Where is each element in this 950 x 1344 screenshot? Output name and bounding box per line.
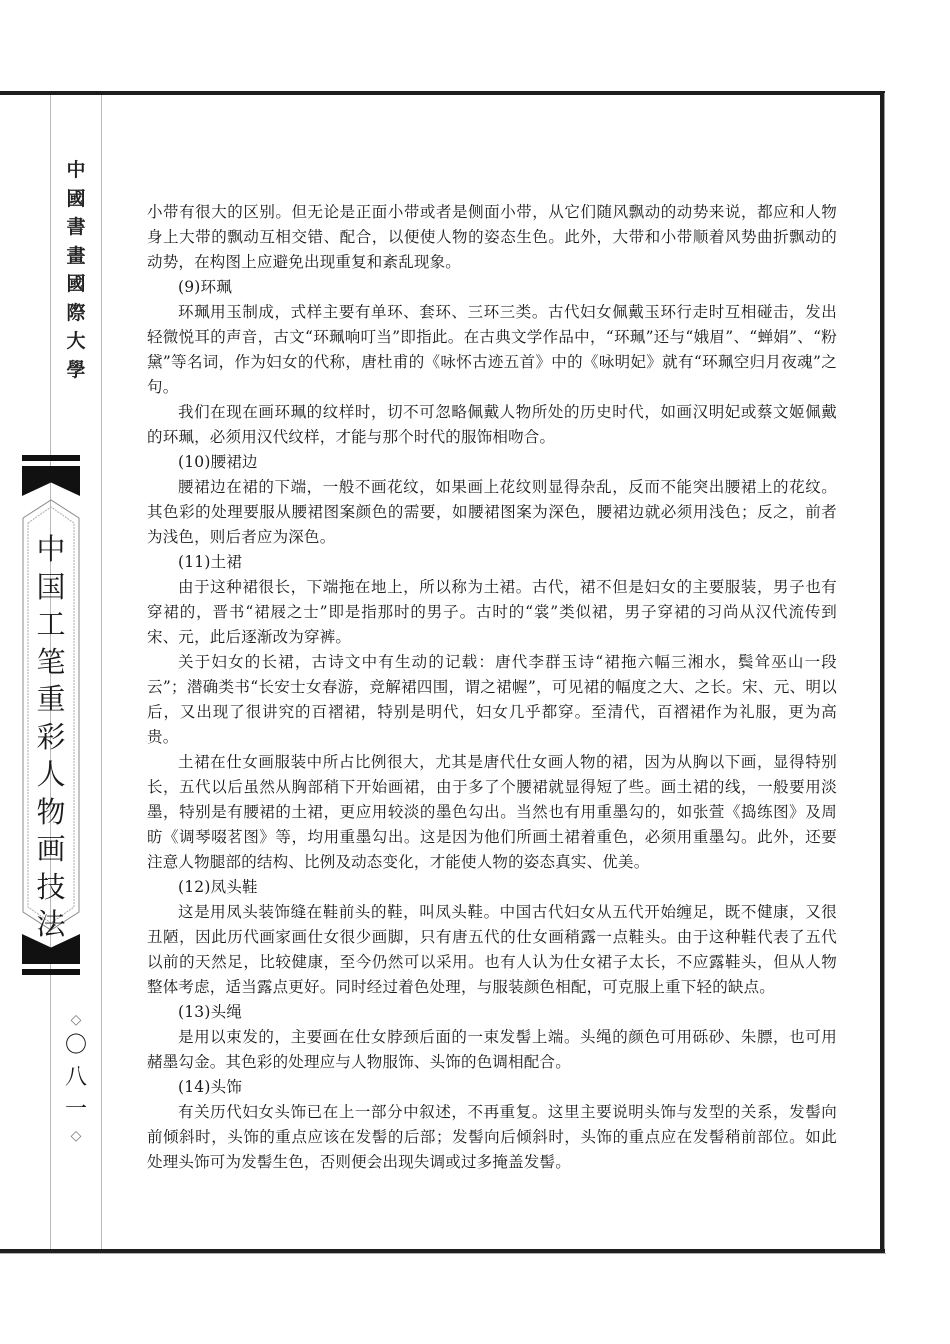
publisher-char: 畫 [64,242,88,271]
paragraph: 是用以束发的，主要画在仕女脖颈后面的一束发髻上端。头绳的颜色可用砾砂、朱膘，也可… [147,1025,837,1075]
diamond-icon: ◇ [60,1126,92,1146]
section-heading: (13)头绳 [147,1000,837,1025]
frame-right-shadow [884,93,885,1254]
body-text: 小带有很大的区别。但无论是正面小带或者是侧面小带，从它们随风飘动的动势来说，都应… [147,200,837,1175]
sidebar-rule-right [101,95,102,1249]
title-char: 人 [22,756,80,794]
frame-bottom-shadow [0,1253,886,1254]
book-title-ornament: 中 国 工 笔 重 彩 人 物 画 技 法 [22,455,80,975]
publisher-char: 大 [64,327,88,356]
title-char: 国 [22,569,80,607]
section-heading: (10)腰裙边 [147,450,837,475]
book-title-vertical: 中 国 工 笔 重 彩 人 物 画 技 法 [22,531,80,944]
paragraph: 我们在现在画环珮的纹样时，切不可忽略佩戴人物所处的历史时代，如画汉明妃或蔡文姬佩… [147,400,837,450]
page-digit: 八 [60,1062,92,1094]
section-heading: (11)土裙 [147,550,837,575]
paragraph: 由于这种裙很长，下端拖在地上，所以称为土裙。古代，裙不但是妇女的主要服装，男子也… [147,575,837,650]
publisher-char: 中 [64,156,88,185]
title-char: 笔 [22,644,80,682]
title-char: 彩 [22,719,80,757]
publisher-char: 國 [64,270,88,299]
title-char: 技 [22,869,80,907]
section-heading: (9)环珮 [147,275,837,300]
page-number: ◇ 〇 八 一 ◇ [60,1010,92,1146]
book-title-panel: 中 国 工 笔 重 彩 人 物 画 技 法 [22,496,80,934]
ornament-bar-top [22,455,80,461]
page-digit: 一 [60,1094,92,1126]
title-char: 物 [22,794,80,832]
frame-top-border [0,91,885,95]
publisher-char: 際 [64,299,88,328]
ornament-bar-bottom [22,969,80,975]
publisher-char: 書 [64,213,88,242]
publisher-char: 學 [64,356,88,385]
paragraph: 腰裙边在裙的下端，一般不画花纹，如果画上花纹则显得杂乱，反而不能突出腰裙上的花纹… [147,475,837,550]
paragraph: 环珮用玉制成，式样主要有单环、套环、三环三类。古代妇女佩戴玉环行走时互相碰击，发… [147,300,837,400]
publisher-char: 國 [64,185,88,214]
ornament-chevron-top [22,466,80,496]
title-char: 法 [22,906,80,944]
publisher-name-vertical: 中 國 書 畫 國 際 大 學 [64,156,88,384]
paragraph: 土裙在仕女画服装中所占比例很大，尤其是唐代仕女画人物的裙，因为从胸以下画，显得特… [147,750,837,875]
title-char: 工 [22,606,80,644]
page-digit: 〇 [60,1030,92,1062]
paragraph: 这是用凤头装饰缝在鞋前头的鞋，叫凤头鞋。中国古代妇女从五代开始缠足，既不健康，又… [147,900,837,1000]
paragraph: 有关历代妇女头饰已在上一部分中叙述，不再重复。这里主要说明头饰与发型的关系，发髻… [147,1100,837,1175]
paragraph: 关于妇女的长裙，古诗文中有生动的记载：唐代李群玉诗“裙拖六幅三湘水，鬓耸巫山一段… [147,650,837,750]
title-char: 中 [22,531,80,569]
section-heading: (14)头饰 [147,1075,837,1100]
title-char: 重 [22,681,80,719]
section-heading: (12)凤头鞋 [147,875,837,900]
paragraph-continued: 小带有很大的区别。但无论是正面小带或者是侧面小带，从它们随风飘动的动势来说，都应… [147,200,837,275]
title-char: 画 [22,831,80,869]
diamond-icon: ◇ [60,1010,92,1030]
